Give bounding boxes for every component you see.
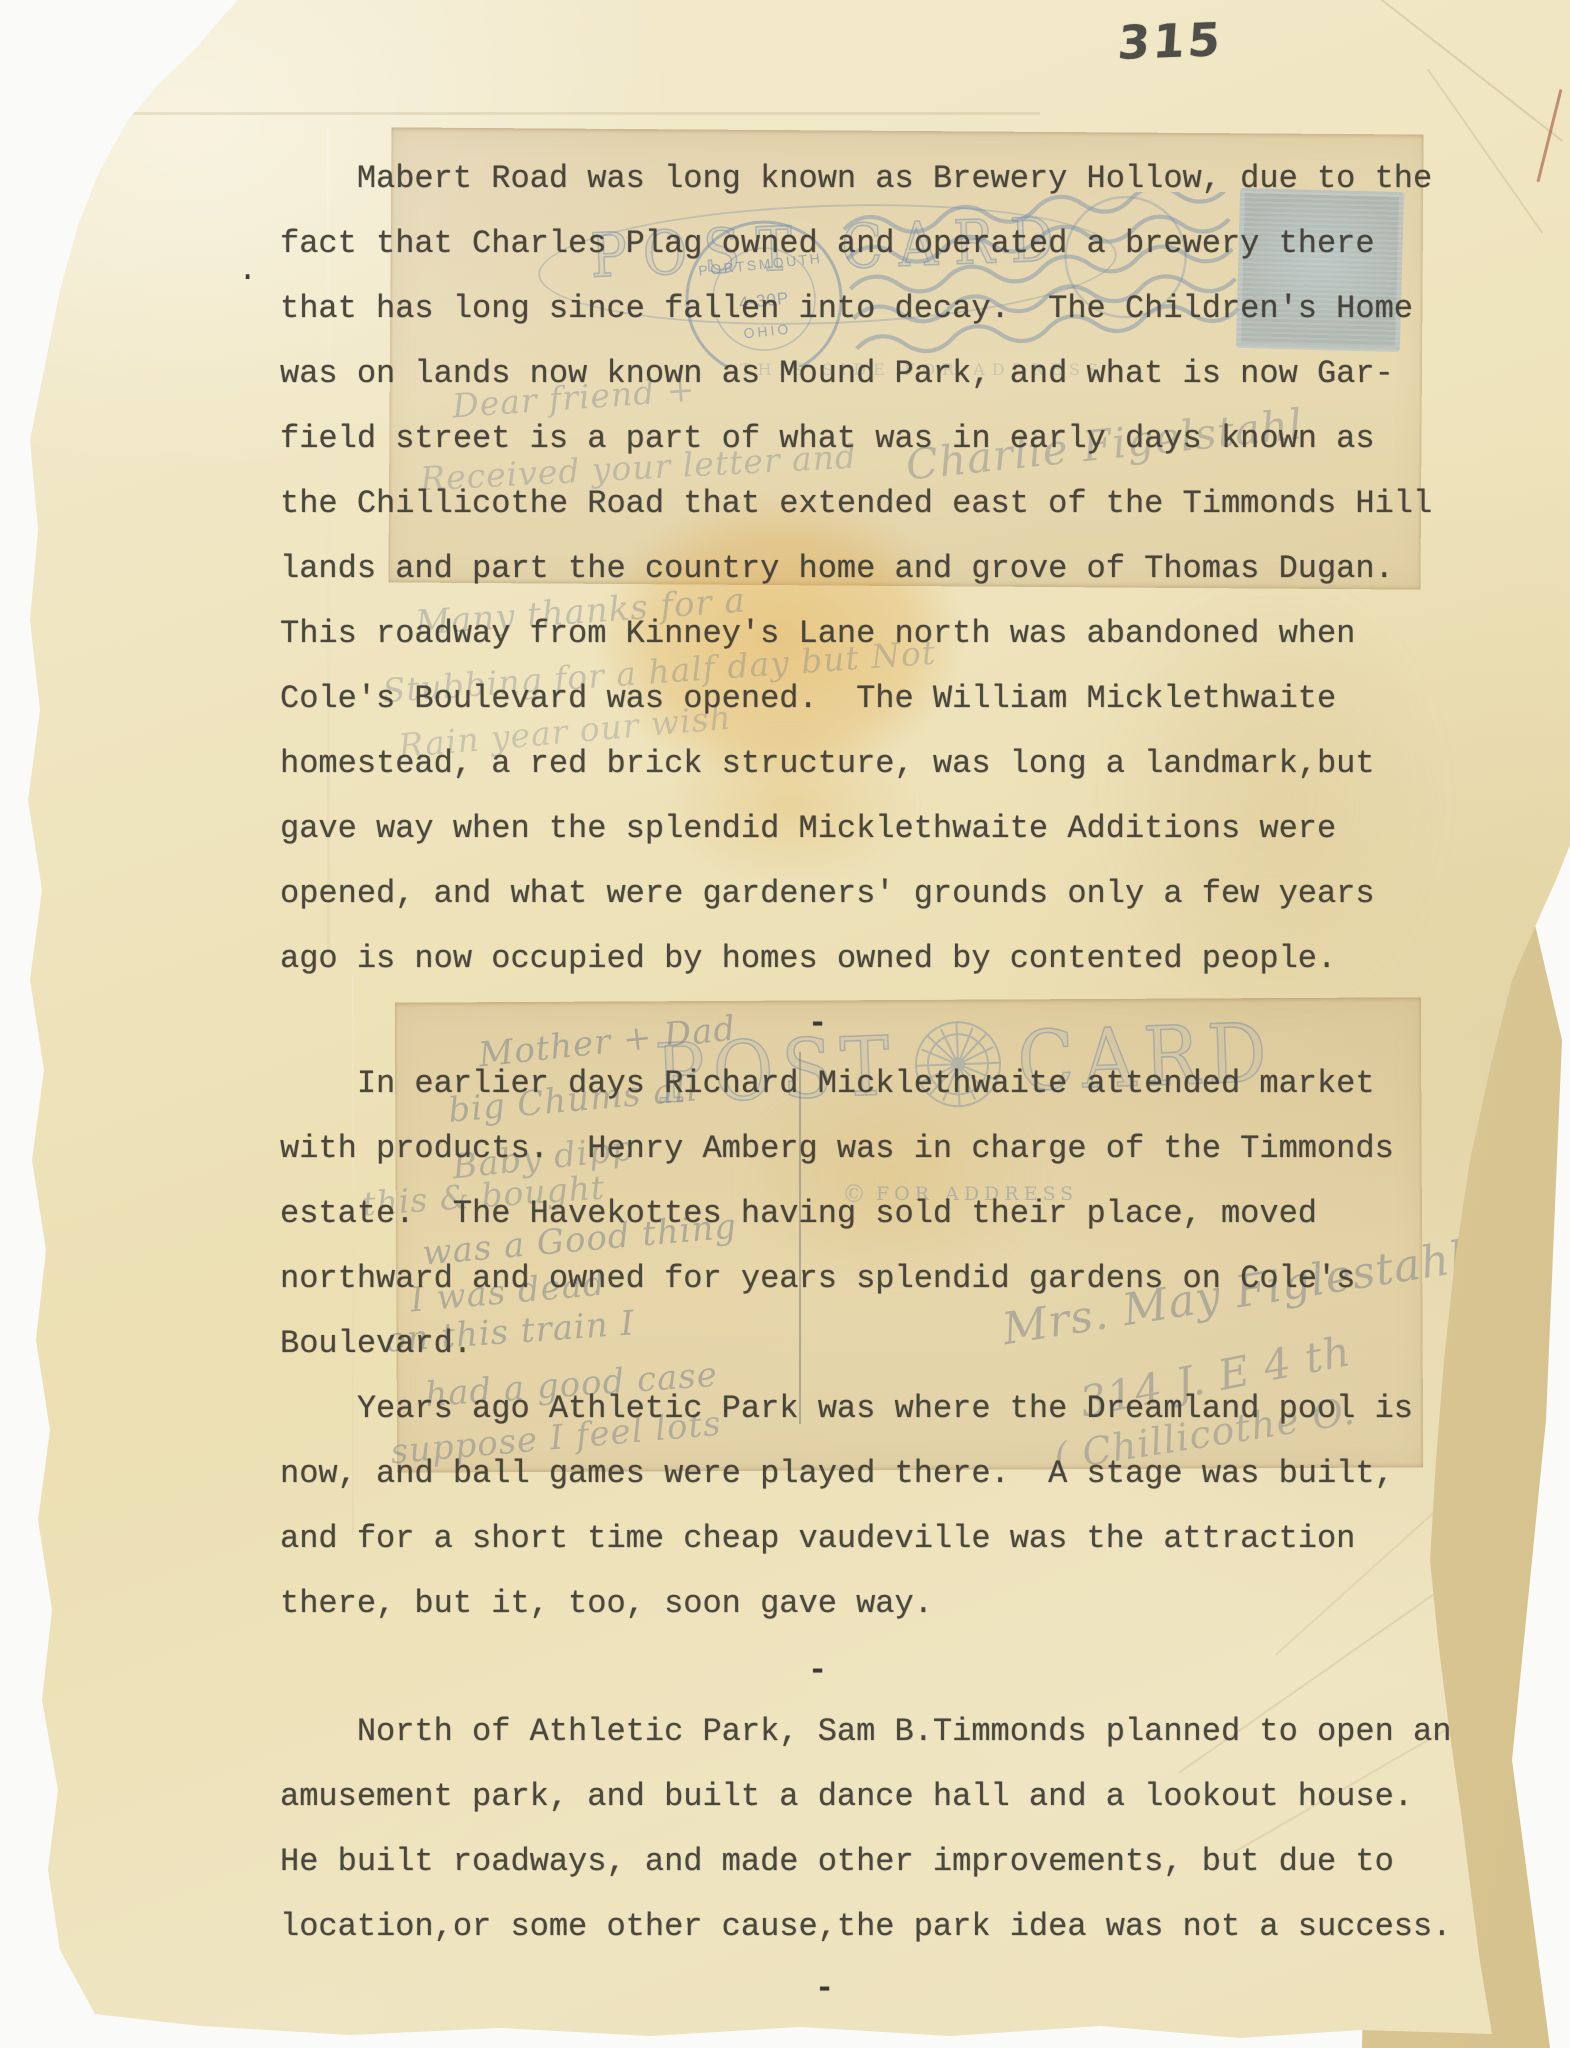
typed-line: Boulevard. (280, 1311, 1394, 1376)
typed-paragraph: North of Athletic Park, Sam B.Timmonds p… (280, 1699, 1451, 1959)
typed-paragraph: Years ago Athletic Park was where the Dr… (280, 1376, 1413, 1636)
typed-line: He built roadways, and made other improv… (280, 1829, 1451, 1894)
typed-line: field street is a part of what was in ea… (280, 406, 1432, 471)
paragraph-separator-dash: - (808, 1638, 827, 1703)
document-page: POST CARD THIS SIDE FOR ADDRESS PORTSMOU… (0, 0, 1570, 2048)
page-number: 315 (1116, 12, 1225, 70)
typed-line: In earlier days Richard Micklethwaite at… (280, 1051, 1394, 1116)
typed-line: that has long since fallen into decay. T… (280, 276, 1432, 341)
typed-line: opened, and what were gardeners' grounds… (280, 861, 1432, 926)
typed-line: amusement park, and built a dance hall a… (280, 1764, 1451, 1829)
typed-line: and for a short time cheap vaudeville wa… (280, 1506, 1413, 1571)
typed-paragraph: In earlier days Richard Micklethwaite at… (280, 1051, 1394, 1376)
stray-period: . (238, 238, 257, 303)
typed-paragraph: Mabert Road was long known as Brewery Ho… (280, 146, 1432, 991)
typed-line: This roadway from Kinney's Lane north wa… (280, 601, 1432, 666)
red-scratch-mark (1537, 89, 1563, 182)
typed-line: Years ago Athletic Park was where the Dr… (280, 1376, 1413, 1441)
crease-line (1357, 0, 1563, 142)
crease-line (40, 112, 1040, 115)
paragraph-separator-dash: - (808, 991, 827, 1056)
typed-line: estate. The Havekottes having sold their… (280, 1181, 1394, 1246)
typed-line: Cole's Boulevard was opened. The William… (280, 666, 1432, 731)
paragraph-separator-dash: - (815, 1956, 834, 2021)
typed-line: homestead, a red brick structure, was lo… (280, 731, 1432, 796)
crease-line (1427, 69, 1543, 234)
typed-line: the Chillicothe Road that extended east … (280, 471, 1432, 536)
typed-line: North of Athletic Park, Sam B.Timmonds p… (280, 1699, 1451, 1764)
typed-line: was on lands now known as Mound Park, an… (280, 341, 1432, 406)
typed-line: lands and part the country home and grov… (280, 536, 1432, 601)
scan-background: POST CARD THIS SIDE FOR ADDRESS PORTSMOU… (0, 0, 1570, 2048)
typed-line: northward and owned for years splendid g… (280, 1246, 1394, 1311)
typed-line: fact that Charles Plag owned and operate… (280, 211, 1432, 276)
typed-line: gave way when the splendid Micklethwaite… (280, 796, 1432, 861)
typed-line: with products. Henry Amberg was in charg… (280, 1116, 1394, 1181)
typed-line: ago is now occupied by homes owned by co… (280, 926, 1432, 991)
typed-line: location,or some other cause,the park id… (280, 1894, 1451, 1959)
typed-line: now, and ball games were played there. A… (280, 1441, 1413, 1506)
typed-line: there, but it, too, soon gave way. (280, 1571, 1413, 1636)
typed-line: Mabert Road was long known as Brewery Ho… (280, 146, 1432, 211)
